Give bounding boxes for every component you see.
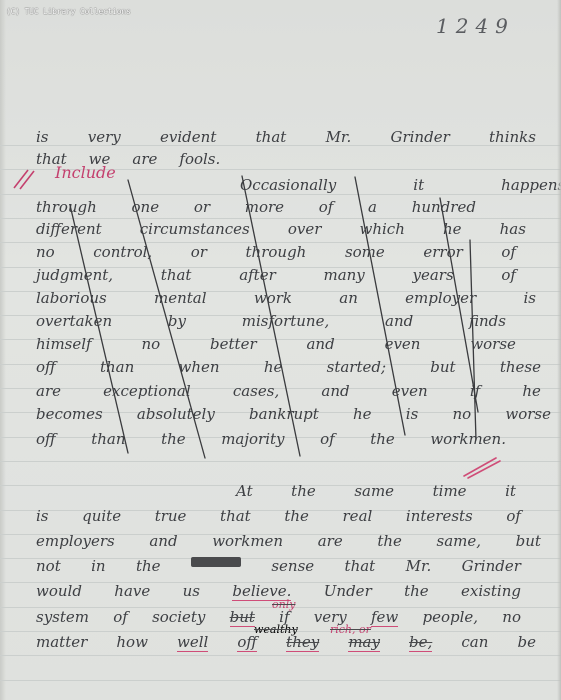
word: and bbox=[321, 382, 349, 400]
word: that bbox=[36, 150, 67, 168]
word: quite bbox=[82, 507, 121, 525]
word: mental bbox=[154, 289, 207, 307]
word: judgment, bbox=[36, 266, 113, 284]
word: of bbox=[113, 608, 128, 627]
word: system bbox=[36, 608, 89, 627]
word: Under bbox=[324, 582, 372, 601]
word: becomes bbox=[36, 405, 103, 423]
word: than bbox=[100, 358, 134, 376]
word: society bbox=[152, 608, 205, 627]
text-line: off than the majority of the workmen. bbox=[36, 430, 506, 448]
word: bankrupt bbox=[249, 405, 319, 423]
text-line: Occasionally it happens, bbox=[240, 176, 561, 194]
word: it bbox=[413, 176, 424, 194]
text-line: through one or more of a hundred bbox=[36, 198, 476, 216]
word-be-struck: be, bbox=[409, 633, 432, 652]
word: interests bbox=[406, 507, 473, 525]
word: no bbox=[141, 335, 160, 353]
word: Occasionally bbox=[240, 176, 336, 194]
word: of bbox=[501, 266, 516, 284]
word: even bbox=[385, 335, 421, 353]
word: has bbox=[500, 220, 526, 238]
margin-mark-icon bbox=[12, 168, 40, 190]
word: same bbox=[354, 482, 394, 500]
word: a bbox=[368, 198, 377, 216]
word: exceptional bbox=[103, 382, 190, 400]
word: same, bbox=[437, 532, 482, 550]
word: or bbox=[191, 243, 207, 261]
word: he bbox=[353, 405, 372, 423]
word: and bbox=[385, 312, 413, 330]
word: an bbox=[339, 289, 358, 307]
word: some bbox=[345, 243, 385, 261]
word: can bbox=[461, 633, 488, 652]
word: even bbox=[392, 382, 428, 400]
word: we bbox=[89, 150, 111, 168]
word: are bbox=[318, 532, 343, 550]
word: evident bbox=[160, 128, 216, 146]
ruled-line bbox=[0, 194, 561, 195]
text-line: that we are fools. bbox=[36, 150, 536, 168]
redacted-word bbox=[191, 557, 241, 567]
word: be bbox=[518, 633, 536, 652]
word: after bbox=[239, 266, 276, 284]
word-but-struck: but bbox=[230, 608, 255, 627]
ruled-line bbox=[0, 680, 561, 681]
text-line: not in the sense that Mr. Grinder bbox=[36, 557, 521, 575]
word: us bbox=[183, 582, 200, 601]
word: off bbox=[36, 358, 56, 376]
word: people, bbox=[422, 608, 478, 627]
text-line: laborious mental work an employer is bbox=[36, 289, 536, 307]
word: Grinder bbox=[462, 557, 521, 575]
word: the bbox=[284, 507, 309, 525]
word: circumstances bbox=[140, 220, 250, 238]
word: the bbox=[136, 557, 161, 575]
word: when bbox=[179, 358, 220, 376]
word: and bbox=[306, 335, 334, 353]
word: of bbox=[506, 507, 521, 525]
word: happens, bbox=[501, 176, 561, 194]
word: laborious bbox=[36, 289, 107, 307]
word: these bbox=[500, 358, 541, 376]
inserted-rich-or: rich, or bbox=[330, 623, 371, 636]
word: and bbox=[149, 532, 177, 550]
word: error bbox=[423, 243, 462, 261]
word: through bbox=[246, 243, 307, 261]
word: Mr. bbox=[406, 557, 432, 575]
word: better bbox=[210, 335, 257, 353]
inserted-only: only bbox=[272, 598, 295, 611]
word: the bbox=[404, 582, 429, 601]
inserted-wealthy: wealthy bbox=[254, 623, 298, 636]
word: is bbox=[523, 289, 536, 307]
word: existing bbox=[461, 582, 521, 601]
text-line: no control, or through some error of bbox=[36, 243, 516, 261]
text-line: becomes absolutely bankrupt he is no wor… bbox=[36, 405, 551, 423]
word: of bbox=[501, 243, 516, 261]
text-line: is quite true that the real interests of bbox=[36, 507, 521, 525]
word: many bbox=[323, 266, 364, 284]
word: cases, bbox=[233, 382, 279, 400]
ruled-line bbox=[0, 461, 561, 462]
word: the bbox=[161, 430, 186, 448]
word: of bbox=[319, 198, 334, 216]
word: Mr. bbox=[326, 128, 352, 146]
word: employer bbox=[405, 289, 476, 307]
word: worse bbox=[470, 335, 516, 353]
word: that bbox=[256, 128, 287, 146]
word: are bbox=[36, 382, 61, 400]
word: have bbox=[114, 582, 150, 601]
ruled-line bbox=[0, 655, 561, 656]
word: no bbox=[36, 243, 55, 261]
word: if bbox=[470, 382, 480, 400]
text-line: At the same time it bbox=[236, 482, 516, 500]
word: matter bbox=[36, 633, 87, 652]
word: more bbox=[245, 198, 284, 216]
text-line: off than when he started; but these bbox=[36, 358, 541, 376]
text-line: himself no better and even worse bbox=[36, 335, 516, 353]
word: is bbox=[36, 128, 49, 146]
word: the bbox=[377, 532, 402, 550]
word: himself bbox=[36, 335, 92, 353]
ruled-line bbox=[0, 218, 561, 219]
word: or bbox=[194, 198, 210, 216]
word: hundred bbox=[412, 198, 476, 216]
text-line: employers and workmen are the same, but bbox=[36, 532, 541, 550]
text-line: judgment, that after many years of bbox=[36, 266, 516, 284]
word: are bbox=[132, 150, 157, 168]
word: majority bbox=[221, 430, 284, 448]
word: different bbox=[36, 220, 102, 238]
word: years bbox=[413, 266, 454, 284]
word: by bbox=[168, 312, 186, 330]
word: but bbox=[516, 532, 541, 550]
page-number: 1249 bbox=[436, 14, 515, 38]
word: employers bbox=[36, 532, 115, 550]
word: one bbox=[132, 198, 160, 216]
word: that bbox=[220, 507, 251, 525]
word: started; bbox=[327, 358, 386, 376]
text-line: different circumstances over which he ha… bbox=[36, 220, 526, 238]
word: no bbox=[502, 608, 521, 627]
word: is bbox=[406, 405, 419, 423]
text-line: is very evident that Mr. Grinder thinks bbox=[36, 128, 536, 146]
text-line: overtaken by misfortune, and finds bbox=[36, 312, 506, 330]
word: true bbox=[155, 507, 187, 525]
word: in bbox=[91, 557, 105, 575]
word: misfortune, bbox=[242, 312, 329, 330]
word: time bbox=[433, 482, 467, 500]
word: absolutely bbox=[137, 405, 215, 423]
word: worse bbox=[505, 405, 551, 423]
word: but bbox=[430, 358, 455, 376]
word-few: few bbox=[371, 608, 398, 627]
word: he bbox=[443, 220, 462, 238]
word: over bbox=[288, 220, 322, 238]
word: overtaken bbox=[36, 312, 112, 330]
word: the bbox=[291, 482, 316, 500]
word: that bbox=[161, 266, 192, 284]
word: off bbox=[36, 430, 56, 448]
word: of bbox=[320, 430, 335, 448]
word: Grinder bbox=[390, 128, 449, 146]
word-well: well bbox=[177, 633, 208, 652]
word: would bbox=[36, 582, 82, 601]
word: how bbox=[116, 633, 148, 652]
word: fools. bbox=[179, 150, 220, 168]
word: that bbox=[345, 557, 376, 575]
word: workmen. bbox=[430, 430, 506, 448]
word: sense bbox=[271, 557, 314, 575]
word: it bbox=[505, 482, 516, 500]
word: is bbox=[36, 507, 49, 525]
word: which bbox=[360, 220, 405, 238]
word: no bbox=[452, 405, 471, 423]
word: real bbox=[343, 507, 373, 525]
word: finds bbox=[469, 312, 506, 330]
word: thinks bbox=[489, 128, 536, 146]
word: not bbox=[36, 557, 61, 575]
manuscript-page: (C) TUC Library Collections 1249 Include… bbox=[0, 0, 561, 700]
word: very bbox=[88, 128, 121, 146]
word: than bbox=[91, 430, 125, 448]
word: through bbox=[36, 198, 97, 216]
word: work bbox=[254, 289, 292, 307]
copyright-watermark: (C) TUC Library Collections bbox=[6, 7, 131, 16]
word: he bbox=[264, 358, 283, 376]
word: the bbox=[370, 430, 395, 448]
text-line: are exceptional cases, and even if he bbox=[36, 382, 541, 400]
word: he bbox=[522, 382, 541, 400]
word: At bbox=[236, 482, 253, 500]
word: workmen bbox=[212, 532, 283, 550]
word: control, bbox=[93, 243, 152, 261]
